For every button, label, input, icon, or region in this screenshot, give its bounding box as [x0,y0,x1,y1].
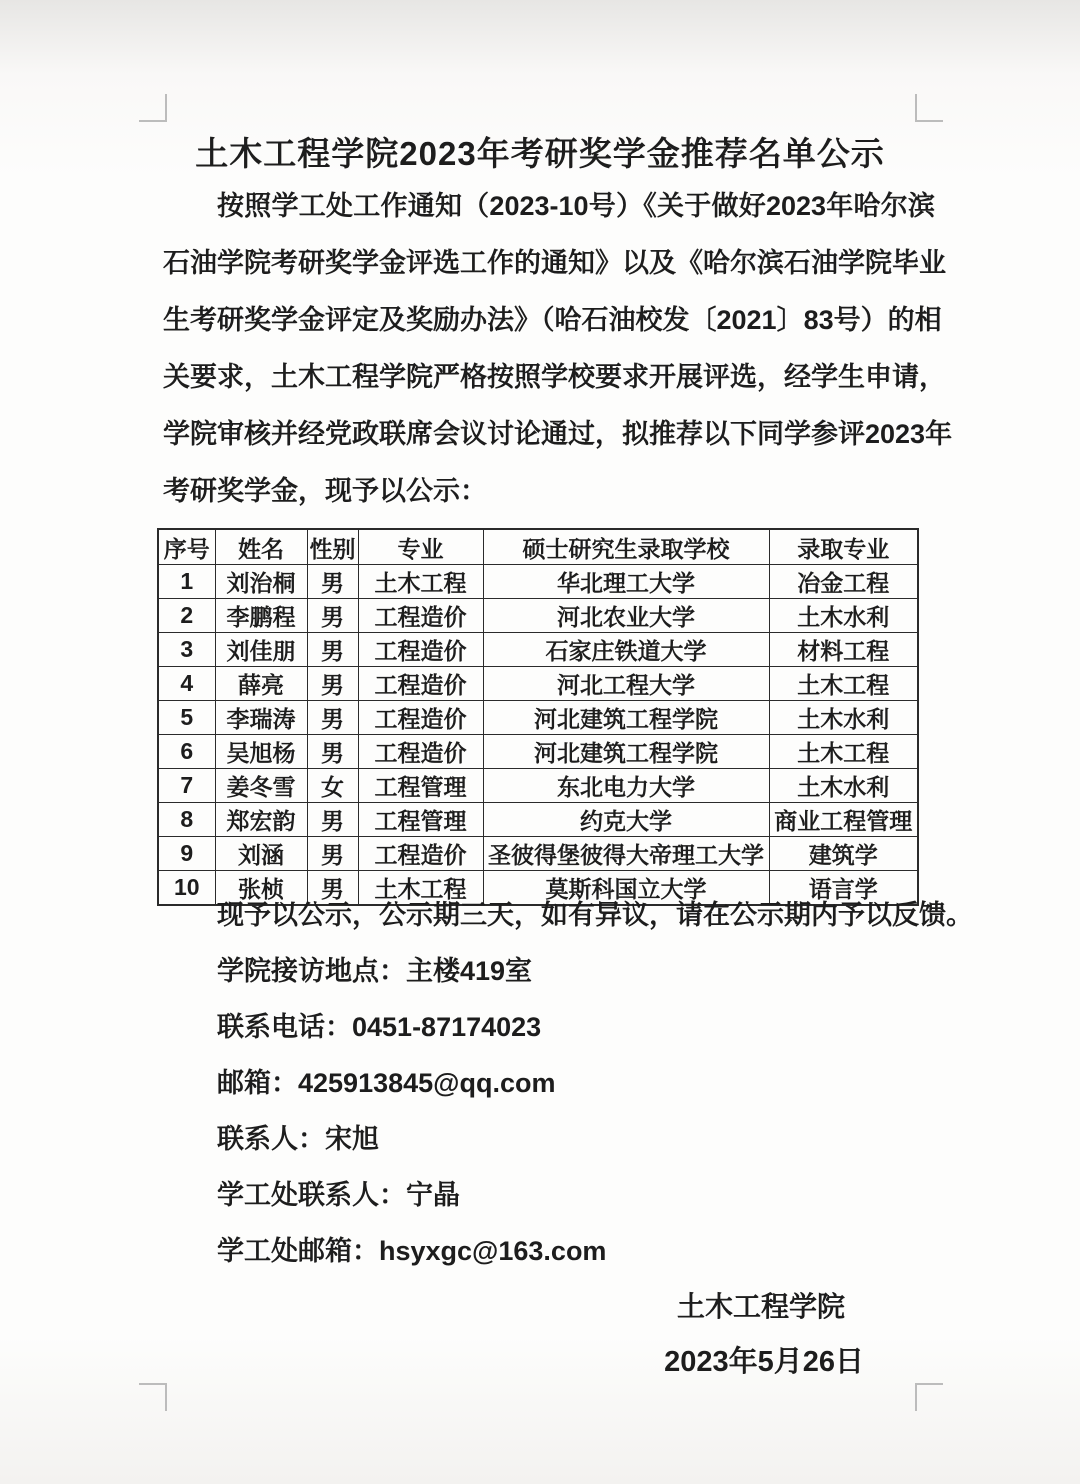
table-cell: 土木水利 [769,599,918,633]
table-header-row: 序号姓名性别专业硕士研究生录取学校录取专业 [158,529,918,565]
table-cell: 男 [307,599,358,633]
intro-line: 生考研奖学金评定及奖励办法》（哈石油校发〔2021〕83号）的相 [163,292,935,349]
table-row: 5李瑞涛男工程造价河北建筑工程学院土木水利 [158,701,918,735]
table-cell: 河北建筑工程学院 [483,735,769,769]
intro-line: 学院审核并经党政联席会议讨论通过，拟推荐以下同学参评2023年 [163,406,935,463]
table-cell: 6 [158,735,215,769]
table-cell: 工程造价 [358,837,483,871]
table-cell: 河北工程大学 [483,667,769,701]
table-cell: 薛亮 [215,667,307,701]
table-cell: 建筑学 [769,837,918,871]
contact-email-line: 邮箱：425913845@qq.com [163,1055,943,1111]
intro-line: 按照学工处工作通知（2023-10号）《关于做好2023年哈尔滨 [163,178,935,235]
table-cell: 土木水利 [769,701,918,735]
table-row: 1刘治桐男土木工程华北理工大学冶金工程 [158,565,918,599]
table-cell: 商业工程管理 [769,803,918,837]
table-cell: 李瑞涛 [215,701,307,735]
table-cell: 河北建筑工程学院 [483,701,769,735]
document-page: 土木工程学院2023年考研奖学金推荐名单公示 按照学工处工作通知（2023-10… [0,0,1080,1484]
public-notice-line: 现予以公示，公示期三天，如有异议，请在公示期内予以反馈。 [163,887,943,943]
column-header: 录取专业 [769,529,918,565]
column-header: 姓名 [215,529,307,565]
table-cell: 土木工程 [358,565,483,599]
column-header: 序号 [158,529,215,565]
table-row: 3刘佳朋男工程造价石家庄铁道大学材料工程 [158,633,918,667]
table-cell: 9 [158,837,215,871]
table-cell: 刘佳朋 [215,633,307,667]
table-cell: 工程管理 [358,803,483,837]
page-title: 土木工程学院2023年考研奖学金推荐名单公示 [0,128,1080,175]
contact-phone-line: 联系电话：0451-87174023 [163,999,943,1055]
table-cell: 石家庄铁道大学 [483,633,769,667]
table-cell: 女 [307,769,358,803]
signature-block: 土木工程学院 [0,1281,1080,1333]
crop-mark-top-left-icon [139,94,167,122]
intro-line: 关要求，土木工程学院严格按照学校要求开展评选，经学生申请， [163,349,935,406]
column-header: 专业 [358,529,483,565]
table-cell: 华北理工大学 [483,565,769,599]
table-cell: 2 [158,599,215,633]
table-cell: 工程造价 [358,599,483,633]
table-cell: 4 [158,667,215,701]
date-text: 2023年5月26日 [664,1336,1080,1388]
table-cell: 男 [307,633,358,667]
table-cell: 刘涵 [215,837,307,871]
table-cell: 男 [307,667,358,701]
table-cell: 1 [158,565,215,599]
table-cell: 5 [158,701,215,735]
intro-line: 考研奖学金，现予以公示： [163,463,935,520]
table-cell: 工程造价 [358,735,483,769]
intro-paragraph: 按照学工处工作通知（2023-10号）《关于做好2023年哈尔滨 石油学院考研奖… [163,178,935,520]
table-row: 4薛亮男工程造价河北工程大学土木工程 [158,667,918,701]
table-cell: 姜冬雪 [215,769,307,803]
table-cell: 男 [307,837,358,871]
table-cell: 土木水利 [769,769,918,803]
table-cell: 土木工程 [769,667,918,701]
table-cell: 工程造价 [358,667,483,701]
table-cell: 东北电力大学 [483,769,769,803]
table-cell: 材料工程 [769,633,918,667]
table-cell: 男 [307,803,358,837]
table-row: 7姜冬雪女工程管理东北电力大学土木水利 [158,769,918,803]
table-cell: 土木工程 [769,735,918,769]
table-row: 9刘涵男工程造价圣彼得堡彼得大帝理工大学建筑学 [158,837,918,871]
column-header: 硕士研究生录取学校 [483,529,769,565]
closing-section: 现予以公示，公示期三天，如有异议，请在公示期内予以反馈。 学院接访地点：主楼41… [163,887,943,1279]
table-cell: 圣彼得堡彼得大帝理工大学 [483,837,769,871]
contact-person-line: 联系人：宋旭 [163,1111,943,1167]
intro-line: 石油学院考研奖学金评选工作的通知》以及《哈尔滨石油学院毕业 [163,235,935,292]
table-cell: 工程造价 [358,633,483,667]
table-cell: 8 [158,803,215,837]
table-cell: 吴旭杨 [215,735,307,769]
table-cell: 男 [307,735,358,769]
contact-location-line: 学院接访地点：主楼419室 [163,943,943,999]
table-cell: 河北农业大学 [483,599,769,633]
signature-text: 土木工程学院 [677,1281,1080,1333]
table-cell: 李鹏程 [215,599,307,633]
crop-mark-top-right-icon [915,94,943,122]
table-cell: 郑宏韵 [215,803,307,837]
table-cell: 刘治桐 [215,565,307,599]
column-header: 性别 [307,529,358,565]
table-cell: 3 [158,633,215,667]
table-row: 6吴旭杨男工程造价河北建筑工程学院土木工程 [158,735,918,769]
recommendation-table: 序号姓名性别专业硕士研究生录取学校录取专业 1刘治桐男土木工程华北理工大学冶金工… [157,528,919,906]
dept-contact-person-line: 学工处联系人：宁晶 [163,1167,943,1223]
table-cell: 工程造价 [358,701,483,735]
table-cell: 男 [307,701,358,735]
table-cell: 7 [158,769,215,803]
table-cell: 工程管理 [358,769,483,803]
table-row: 8郑宏韵男工程管理约克大学商业工程管理 [158,803,918,837]
table-row: 2李鹏程男工程造价河北农业大学土木水利 [158,599,918,633]
table-cell: 冶金工程 [769,565,918,599]
date-block: 2023年5月26日 [0,1336,1080,1388]
table-cell: 男 [307,565,358,599]
dept-email-line: 学工处邮箱：hsyxgc@163.com [163,1223,943,1279]
table-cell: 约克大学 [483,803,769,837]
